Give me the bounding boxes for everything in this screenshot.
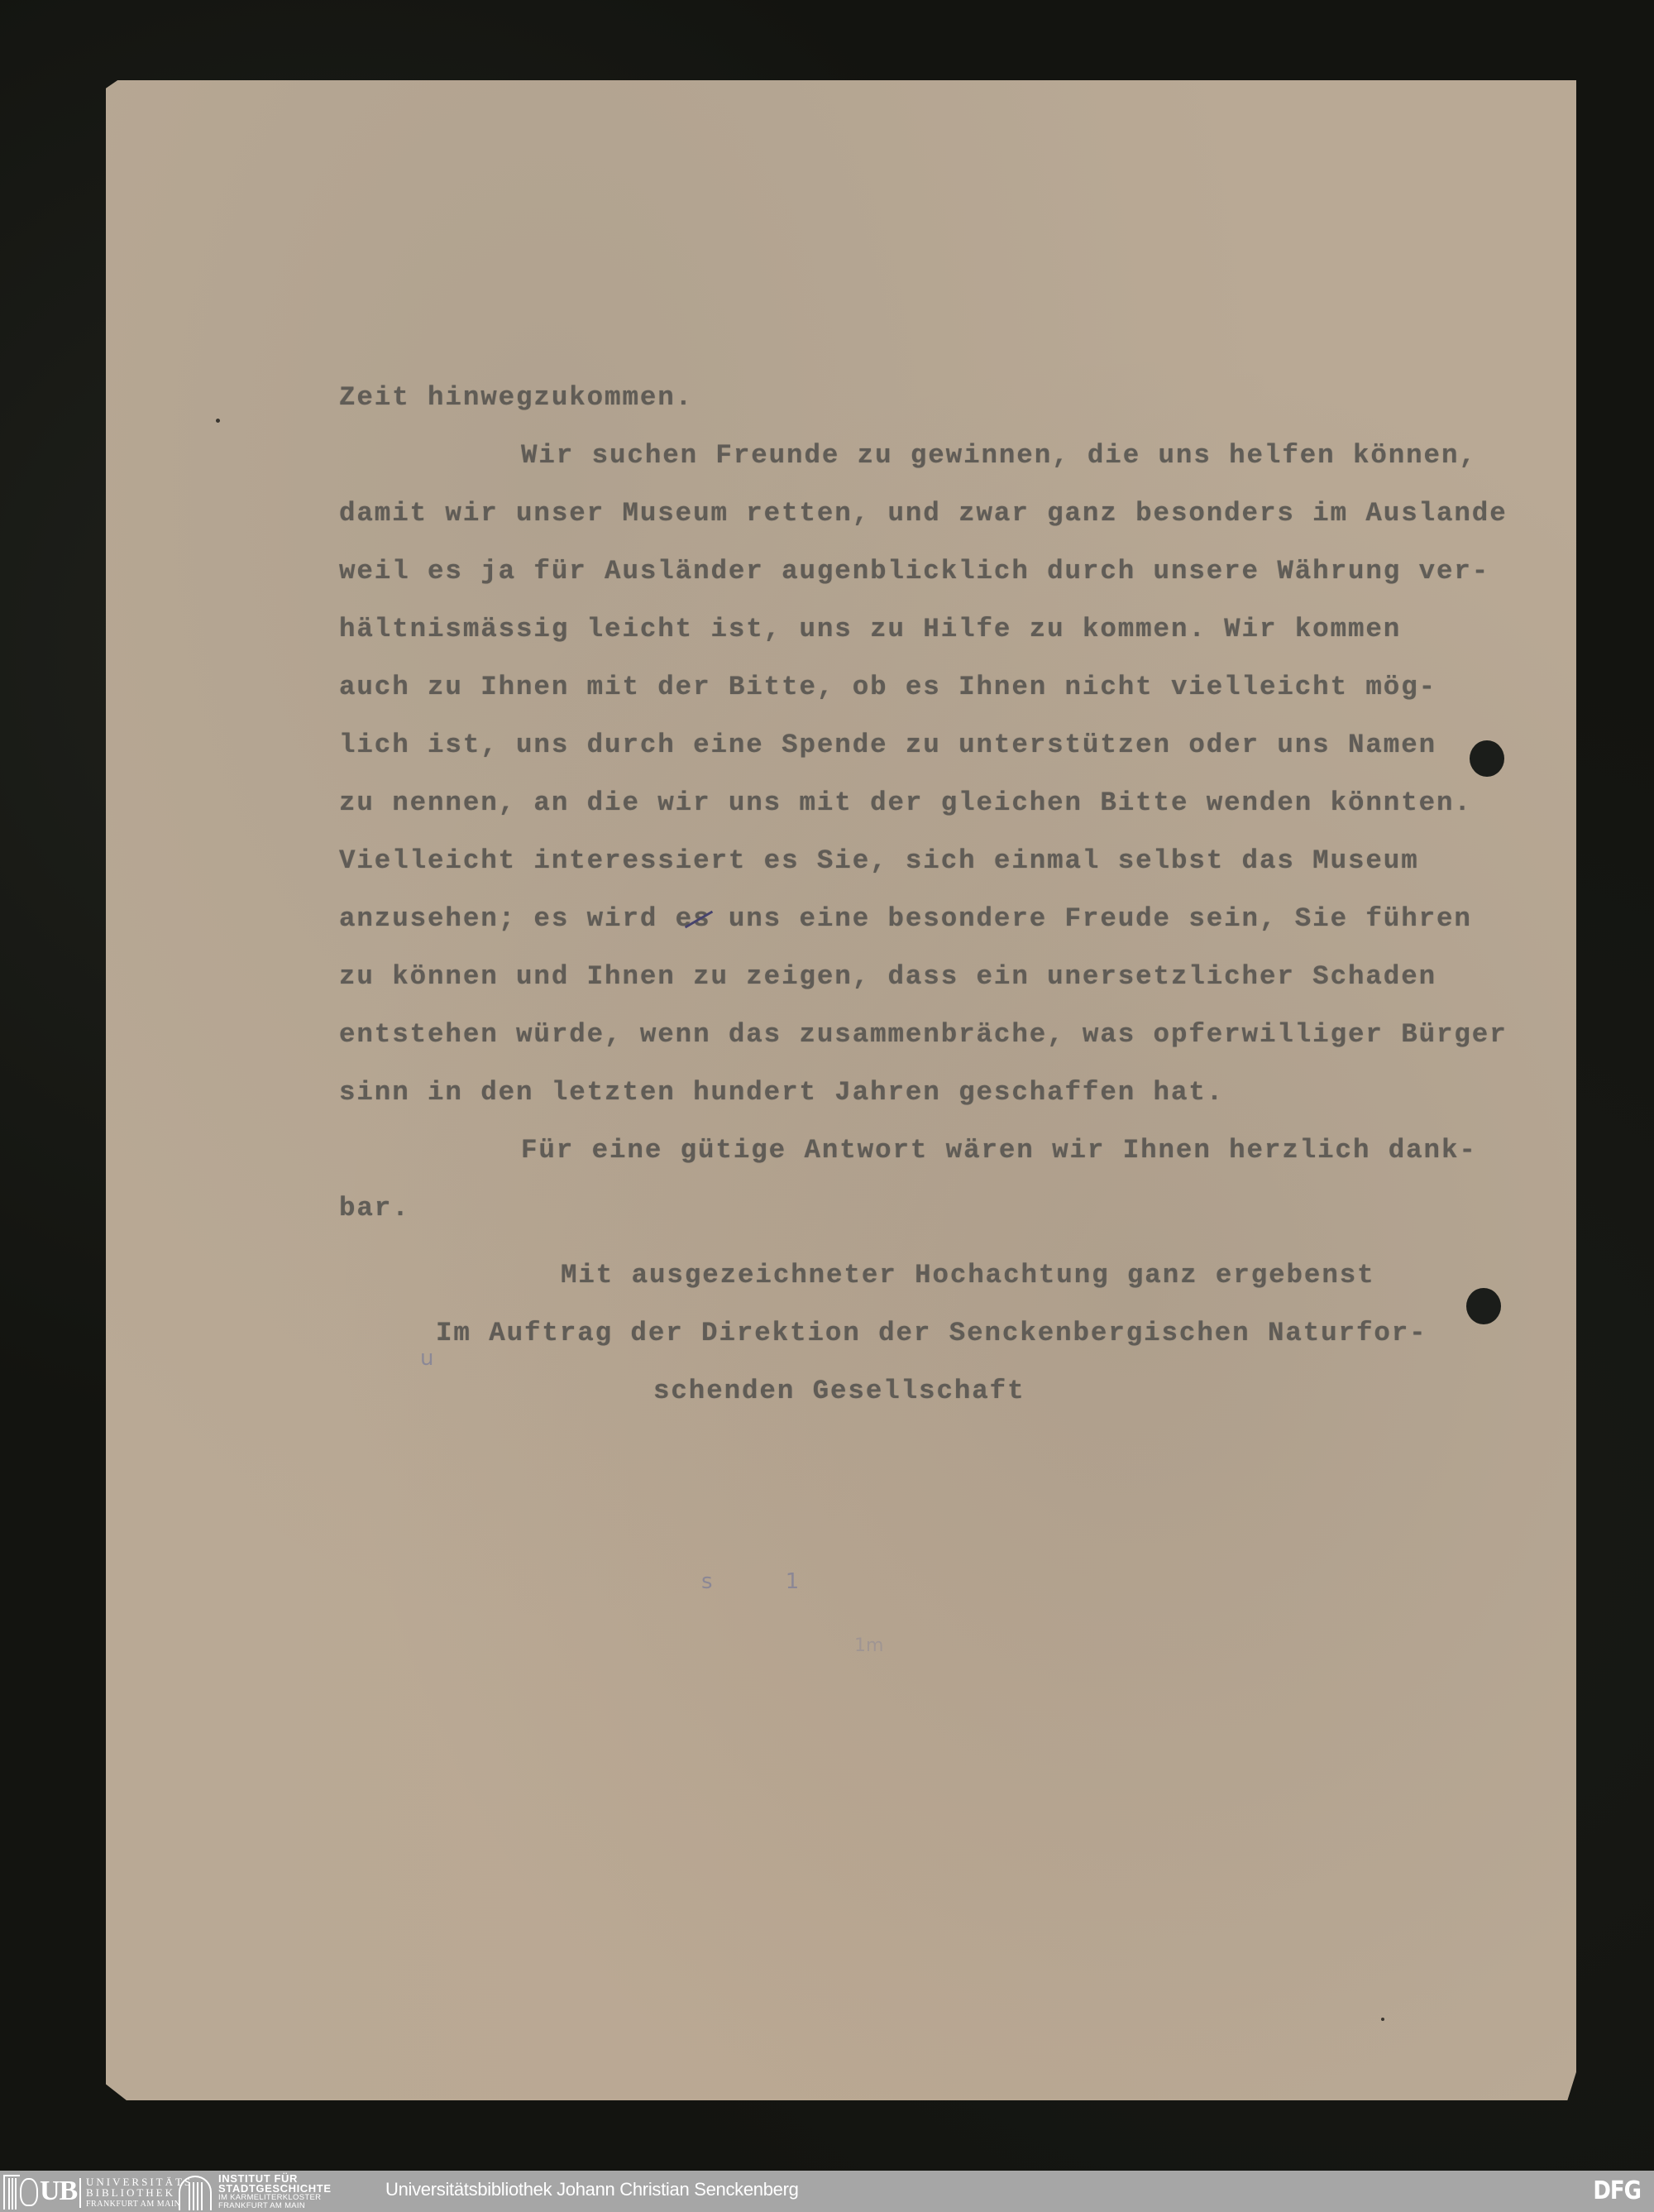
- paper-speck: [1381, 2018, 1384, 2021]
- ub-mark: UB: [40, 2175, 77, 2208]
- letter-line: entstehen würde, wenn das zusammenbräche…: [339, 1019, 1508, 1050]
- letter-line: auch zu Ihnen mit der Bitte, ob es Ihnen…: [339, 672, 1436, 702]
- ub-logo-text: UNIVERSITÄTS BIBLIOTHEK FRANKFURT AM MAI…: [86, 2176, 193, 2210]
- punch-hole-upper: [1470, 740, 1504, 777]
- ub-line-3: FRANKFURT AM MAIN: [86, 2199, 193, 2210]
- dfg-logo[interactable]: DFG: [1593, 2177, 1641, 2206]
- ub-line-2: BIBLIOTHEK: [86, 2187, 193, 2198]
- footer-institution-title: Universitätsbibliothek Johann Christian …: [385, 2179, 799, 2200]
- signature-line: Im Auftrag der Direktion der Senckenberg…: [436, 1318, 1427, 1348]
- letter-line: Zeit hinwegzukommen.: [339, 382, 693, 413]
- ub-portrait-icon: [20, 2178, 38, 2206]
- isg-logo-text[interactable]: INSTITUT FÜR STADTGESCHICHTE IM KARMELIT…: [218, 2174, 332, 2210]
- letter-page: Zeit hinwegzukommen. Wir suchen Freunde …: [106, 80, 1576, 2100]
- signature-line: schenden Gesellschaft: [653, 1376, 1025, 1406]
- letter-line: sinn in den letzten hundert Jahren gesch…: [339, 1077, 1224, 1108]
- letter-line: zu können und Ihnen zu zeigen, dass ein …: [339, 961, 1436, 992]
- letter-line: weil es ja für Ausländer augenblicklich …: [339, 556, 1489, 587]
- closing-salutation: Mit ausgezeichneter Hochachtung ganz erg…: [561, 1260, 1375, 1290]
- letter-line: Für eine gütige Antwort wären wir Ihnen …: [521, 1135, 1477, 1166]
- ub-library-logo[interactable]: UB UNIVERSITÄTS BIBLIOTHEK FRANKFURT AM …: [3, 2173, 169, 2210]
- letter-line: anzusehen; es wird es uns eine besondere…: [339, 903, 1472, 934]
- letter-line: Wir suchen Freunde zu gewinnen, die uns …: [521, 440, 1477, 471]
- letter-line: lich ist, uns durch eine Spende zu unter…: [339, 730, 1436, 760]
- letter-line: Vielleicht interessiert es Sie, sich ein…: [339, 845, 1419, 876]
- ub-building-icon: [3, 2175, 20, 2210]
- footer-bar: UB UNIVERSITÄTS BIBLIOTHEK FRANKFURT AM …: [0, 2171, 1654, 2212]
- isg-arch-icon[interactable]: [179, 2176, 212, 2210]
- pencil-margin-mark: u: [420, 1346, 433, 1371]
- letter-line: bar.: [339, 1193, 410, 1223]
- letter-line: damit wir unser Museum retten, und zwar …: [339, 498, 1508, 529]
- punch-hole-lower: [1466, 1288, 1501, 1324]
- ub-divider: [79, 2178, 81, 2208]
- letter-line: hältnismässig leicht ist, uns zu Hilfe z…: [339, 614, 1401, 644]
- scan-background: Zeit hinwegzukommen. Wir suchen Freunde …: [0, 0, 1654, 2171]
- letter-line: zu nennen, an die wir uns mit der gleich…: [339, 788, 1472, 818]
- pencil-bottom-mark: s 1: [701, 1569, 832, 1594]
- pencil-faint-mark: 1m: [854, 1635, 883, 1656]
- isg-line-4: FRANKFURT AM MAIN: [218, 2202, 332, 2210]
- letter-body: Zeit hinwegzukommen. Wir suchen Freunde …: [106, 80, 1576, 2100]
- paper-speck: [216, 419, 220, 423]
